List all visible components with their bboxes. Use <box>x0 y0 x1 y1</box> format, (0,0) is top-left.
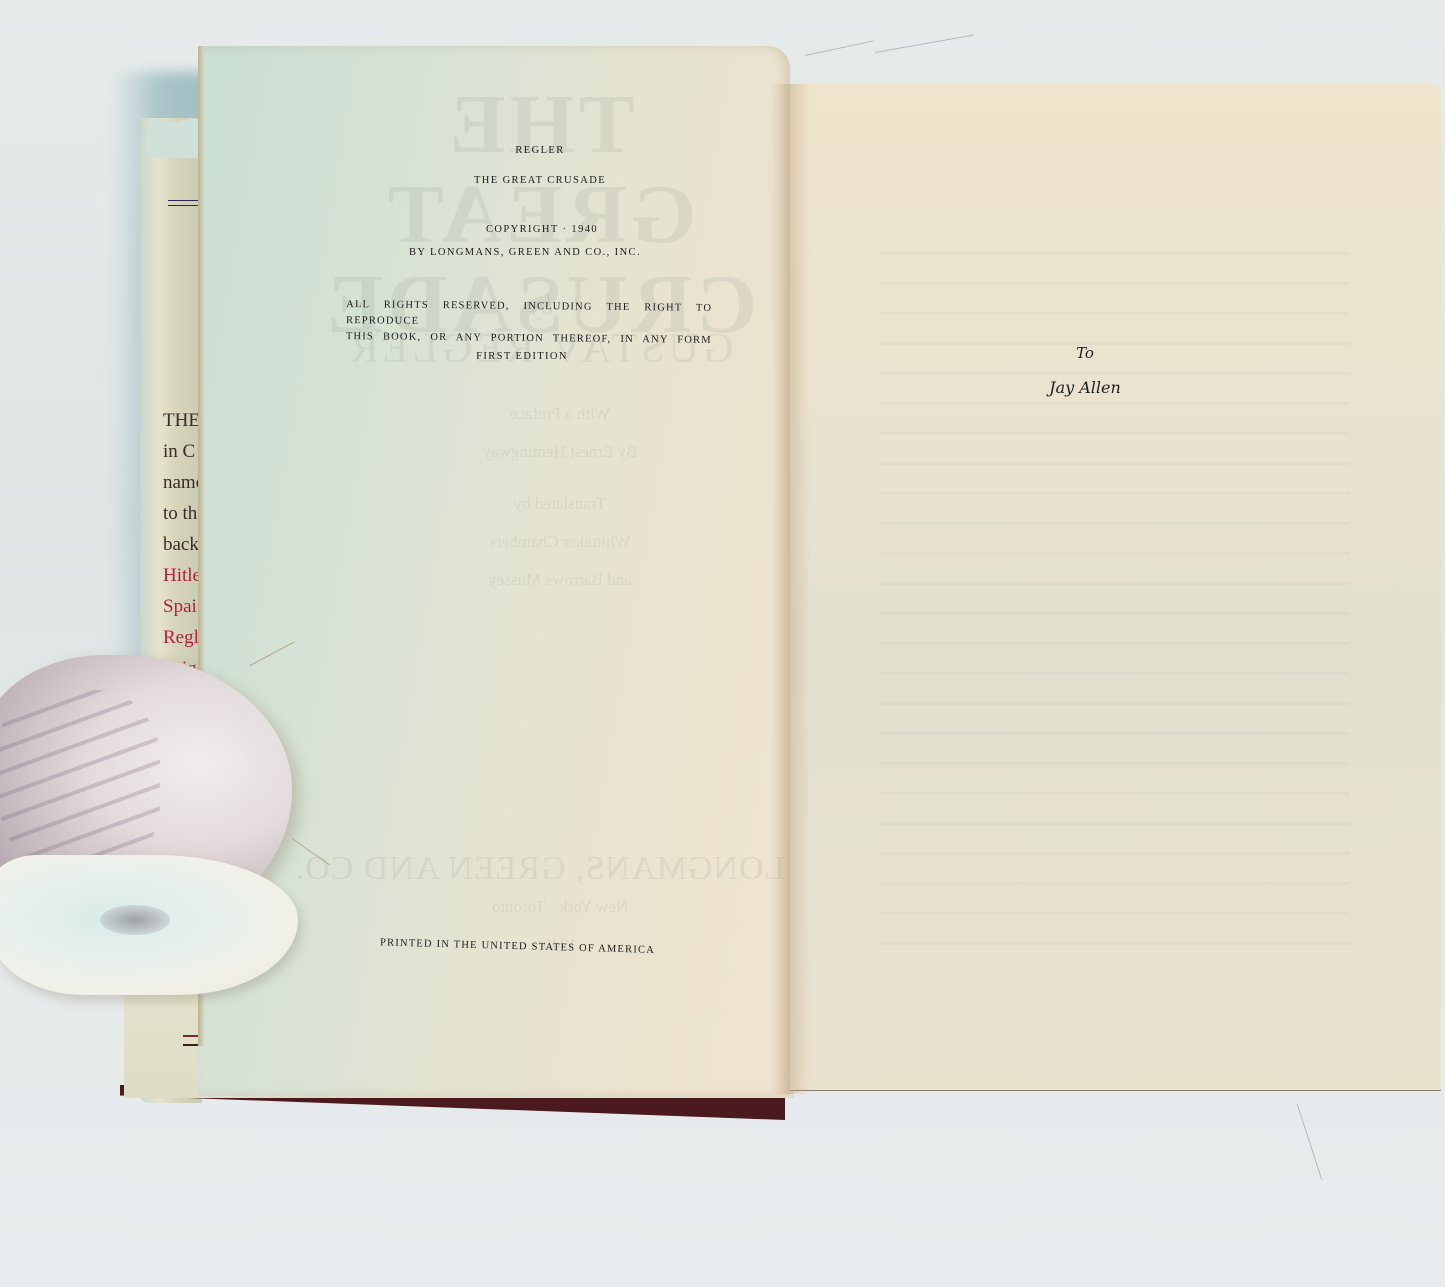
bleed-through-line: By Ernest Hemingway <box>400 433 720 471</box>
copyright-title: THE GREAT CRUSADE <box>300 175 780 186</box>
jacket-line: THE <box>163 405 203 436</box>
jacket-line: name <box>163 467 203 498</box>
copyright-rights-statement: ALL RIGHTS RESERVED, INCLUDING THE RIGHT… <box>346 297 712 349</box>
bleed-through-line: New York · Toronto <box>400 888 720 926</box>
jacket-line: Regl <box>163 622 203 653</box>
jacket-line: back <box>163 529 203 560</box>
bleed-through-translators: Translated by Whittaker Chambers and Bar… <box>400 485 720 599</box>
jacket-line: to th <box>163 498 203 529</box>
background-scuff <box>805 40 874 56</box>
oyster-shell-muscle-scar <box>100 905 170 935</box>
background-scuff <box>1297 1103 1323 1179</box>
copyright-edition: FIRST EDITION <box>282 351 762 362</box>
torn-jacket-edge <box>146 118 202 158</box>
bleed-through-line: With a Preface <box>400 395 720 433</box>
copyright-author: REGLER <box>300 145 780 156</box>
rights-line: ALL RIGHTS RESERVED, INCLUDING THE RIGHT… <box>346 297 712 333</box>
dust-jacket-flap-text: THE in C name to th back Hitle Spai Regl… <box>163 405 203 684</box>
bleed-through-title-line: THE <box>280 80 800 170</box>
jacket-line: in C <box>163 436 203 467</box>
background-scuff <box>875 35 974 53</box>
dedication-name: Jay Allen <box>985 378 1185 397</box>
bleed-through-line: Translated by <box>400 485 720 523</box>
bleed-through-text-lines <box>880 230 1350 950</box>
spine-rule-lines <box>168 200 202 206</box>
copyright-year: COPYRIGHT · 1940 <box>302 224 782 235</box>
bleed-through-preface: With a Preface By Ernest Hemingway <box>400 395 720 471</box>
oyster-shell-streaks <box>0 690 160 860</box>
copyright-publisher: BY LONGMANS, GREEN AND CO., INC. <box>285 247 765 258</box>
bleed-through-publisher: LONGMANS, GREEN AND CO. <box>290 850 790 888</box>
bleed-through-line: Whittaker Chambers <box>400 523 720 561</box>
bleed-through-line: and Barrows Mussey <box>400 561 720 599</box>
dedication-to: To <box>985 344 1185 362</box>
jacket-line: Spai <box>163 591 203 622</box>
jacket-line: Hitle <box>163 560 203 591</box>
